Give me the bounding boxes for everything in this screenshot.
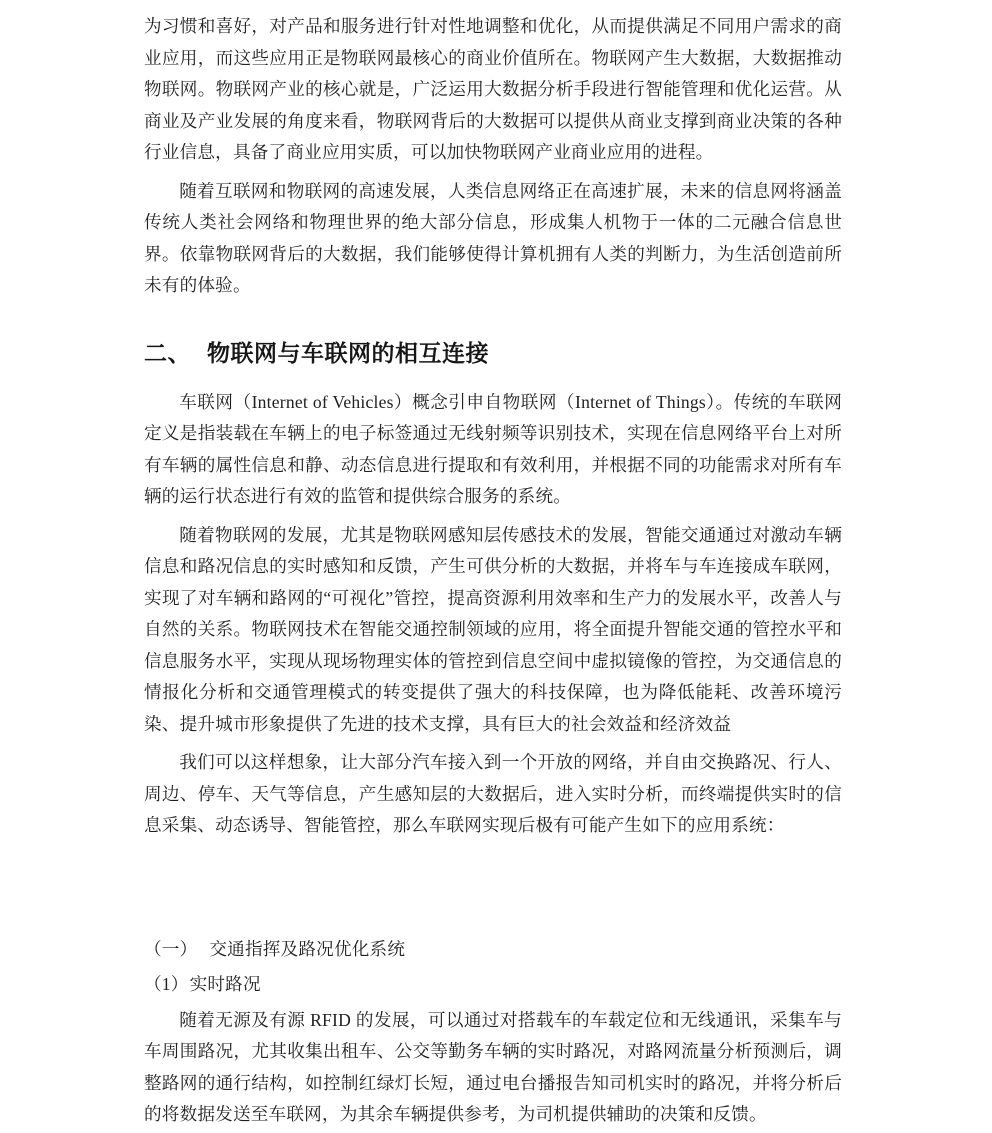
paragraph-iot-business-value: 为习惯和喜好，对产品和服务进行针对性地调整和优化，从而提供满足不同用户需求的商业… <box>144 11 842 169</box>
paragraph-rfid-road-data: 随着无源及有源 RFID 的发展，可以通过对搭载车的车载定位和无线通讯，采集车与… <box>144 1005 842 1131</box>
subsection-heading-traffic-command-system: （一）交通指挥及路况优化系统 <box>144 934 842 966</box>
section-heading-title: 物联网与车联网的相互连接 <box>207 340 489 366</box>
paragraph-future-information-network: 随着互联网和物联网的高速发展，人类信息网络正在高速扩展，未来的信息网将涵盖传统人… <box>144 176 842 302</box>
document-page: 为习惯和喜好，对产品和服务进行针对性地调整和优化，从而提供满足不同用户需求的商业… <box>0 0 992 1133</box>
subsection-number: （一） <box>144 939 197 959</box>
subsection-heading-realtime-road-condition: （1）实时路况 <box>144 969 842 1001</box>
paragraph-smart-traffic-iot: 随着物联网的发展，尤其是物联网感知层传感技术的发展，智能交通通过对激动车辆信息和… <box>144 520 842 741</box>
section-heading-iot-iov-connection: 二、物联网与车联网的相互连接 <box>144 333 842 373</box>
section-heading-number: 二、 <box>144 340 191 366</box>
subsection-title: 交通指挥及路况优化系统 <box>209 939 405 959</box>
paragraph-iov-definition: 车联网（Internet of Vehicles）概念引申自物联网（Intern… <box>144 387 842 513</box>
page-text-content: 为习惯和喜好，对产品和服务进行针对性地调整和优化，从而提供满足不同用户需求的商业… <box>144 11 842 1133</box>
blank-vertical-gap <box>144 849 842 934</box>
subsection-number: （1） <box>144 974 189 994</box>
paragraph-open-network-imagination: 我们可以这样想象，让大部分汽车接入到一个开放的网络，并自由交换路况、行人、周边、… <box>144 747 842 842</box>
subsection-title: 实时路况 <box>190 974 261 994</box>
